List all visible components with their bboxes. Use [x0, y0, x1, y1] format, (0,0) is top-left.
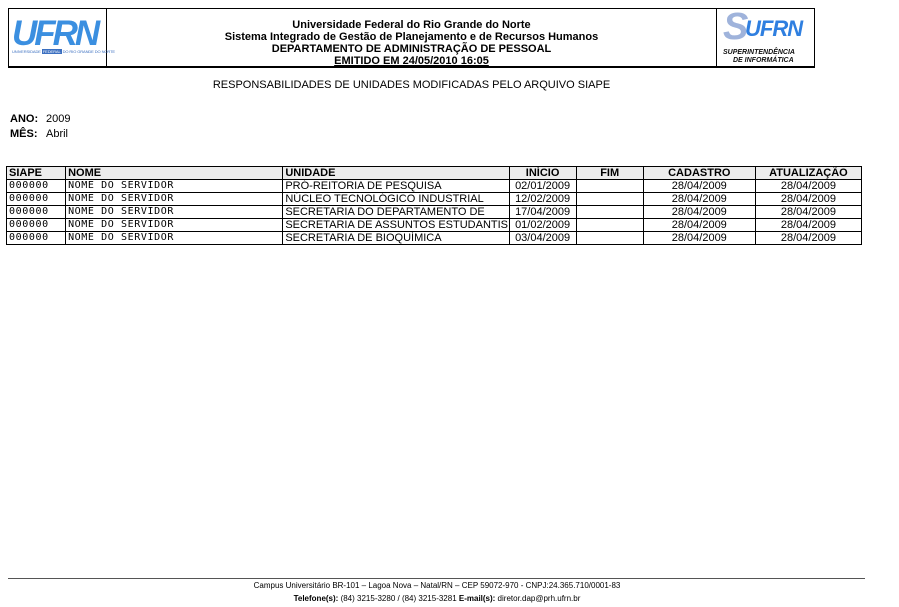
cell-fim	[576, 232, 643, 245]
email-value: diretor.dap@prh.ufrn.br	[495, 594, 580, 603]
month-value: Abril	[46, 128, 68, 140]
table-row: 000000NOME DO SERVIDORSECRETARIA DE BIOQ…	[7, 232, 862, 245]
cell-unidade: PRÓ-REITORIA DE PESQUISA	[283, 180, 509, 193]
cell-unidade: SECRETARIA DO DEPARTAMENTO DE	[283, 206, 509, 219]
department-name: DEPARTAMENTO DE ADMINISTRAÇÃO DE PESSOAL	[107, 43, 716, 55]
col-siape: SIAPE	[7, 167, 66, 180]
email-label: E-mail(s):	[459, 594, 495, 603]
cell-siape: 000000	[7, 219, 66, 232]
cell-fim	[576, 180, 643, 193]
emission-date: EMITIDO EM 24/05/2010 16:05	[107, 55, 716, 67]
cell-nome: NOME DO SERVIDOR	[66, 232, 283, 245]
sinfo-logo-cell: S UFRN SUPERINTENDÊNCIA DE INFORMÁTICA	[716, 9, 814, 66]
table-row: 000000NOME DO SERVIDORSECRETARIA DO DEPA…	[7, 206, 862, 219]
table-header-row: SIAPE NOME UNIDADE INÍCIO FIM CADASTRO A…	[7, 167, 862, 180]
cell-nome: NOME DO SERVIDOR	[66, 206, 283, 219]
ufrn-logo-text: UFRN	[12, 14, 97, 54]
col-inicio: INÍCIO	[509, 167, 576, 180]
sinfo-logo: S UFRN SUPERINTENDÊNCIA DE INFORMÁTICA	[723, 11, 809, 65]
cell-siape: 000000	[7, 193, 66, 206]
cell-nome: NOME DO SERVIDOR	[66, 193, 283, 206]
responsibilities-table: SIAPE NOME UNIDADE INÍCIO FIM CADASTRO A…	[6, 166, 862, 245]
sinfo-logo-ufrn: UFRN	[745, 17, 802, 41]
cell-fim	[576, 193, 643, 206]
cell-siape: 000000	[7, 232, 66, 245]
ufrn-subtitle-pre: UNIVERSIDADE	[12, 49, 41, 54]
month-label: MÊS:	[10, 128, 46, 140]
cell-nome: NOME DO SERVIDOR	[66, 180, 283, 193]
cell-siape: 000000	[7, 180, 66, 193]
table-row: 000000NOME DO SERVIDORPRÓ-REITORIA DE PE…	[7, 180, 862, 193]
col-cadastro: CADASTRO	[643, 167, 755, 180]
cell-inicio: 01/02/2009	[509, 219, 576, 232]
cell-atualizacao: 28/04/2009	[755, 180, 861, 193]
cell-cadastro: 28/04/2009	[643, 180, 755, 193]
cell-unidade: SECRETARIA DE BIOQUÍMICA	[283, 232, 509, 245]
filter-year: ANO:2009	[10, 113, 70, 125]
cell-atualizacao: 28/04/2009	[755, 232, 861, 245]
cell-fim	[576, 219, 643, 232]
col-unidade: UNIDADE	[283, 167, 509, 180]
col-fim: FIM	[576, 167, 643, 180]
ufrn-logo: UFRN UNIVERSIDADE FEDERAL DO RIO GRANDE …	[12, 17, 104, 57]
year-value: 2009	[46, 113, 70, 125]
col-nome: NOME	[66, 167, 283, 180]
cell-atualizacao: 28/04/2009	[755, 206, 861, 219]
cell-cadastro: 28/04/2009	[643, 206, 755, 219]
ufrn-logo-cell: UFRN UNIVERSIDADE FEDERAL DO RIO GRANDE …	[9, 9, 107, 66]
header-titles: Universidade Federal do Rio Grande do No…	[107, 9, 716, 66]
table-row: 000000NOME DO SERVIDORSECRETARIA DE ASSU…	[7, 219, 862, 232]
phone-value: (84) 3215-3280 / (84) 3215-3281	[338, 594, 459, 603]
cell-inicio: 02/01/2009	[509, 180, 576, 193]
system-name: Sistema Integrado de Gestão de Planejame…	[107, 31, 716, 43]
sinfo-logo-line2: DE INFORMÁTICA	[733, 57, 794, 64]
footer-divider	[8, 578, 865, 579]
university-name: Universidade Federal do Rio Grande do No…	[107, 19, 716, 31]
cell-unidade: SECRETARIA DE ASSUNTOS ESTUDANTIS	[283, 219, 509, 232]
cell-cadastro: 28/04/2009	[643, 193, 755, 206]
cell-cadastro: 28/04/2009	[643, 219, 755, 232]
report-title: RESPONSABILIDADES DE UNIDADES MODIFICADA…	[0, 79, 823, 91]
filter-month: MÊS:Abril	[10, 128, 68, 140]
cell-inicio: 03/04/2009	[509, 232, 576, 245]
ufrn-logo-subtitle: UNIVERSIDADE FEDERAL DO RIO GRANDE DO NO…	[12, 49, 104, 54]
cell-atualizacao: 28/04/2009	[755, 219, 861, 232]
ufrn-subtitle-band: FEDERAL	[42, 49, 62, 54]
cell-nome: NOME DO SERVIDOR	[66, 219, 283, 232]
col-atualizacao: ATUALIZAÇÃO	[755, 167, 861, 180]
cell-atualizacao: 28/04/2009	[755, 193, 861, 206]
table-row: 000000NOME DO SERVIDORNÚCLEO TECNOLÓGICO…	[7, 193, 862, 206]
phone-label: Telefone(s):	[294, 594, 339, 603]
cell-inicio: 12/02/2009	[509, 193, 576, 206]
footer-contact: Telefone(s): (84) 3215-3280 / (84) 3215-…	[0, 594, 874, 603]
footer-address: Campus Universitário BR-101 – Lagoa Nova…	[0, 581, 874, 590]
cell-unidade: NÚCLEO TECNOLÓGICO INDUSTRIAL	[283, 193, 509, 206]
cell-siape: 000000	[7, 206, 66, 219]
cell-fim	[576, 206, 643, 219]
cell-cadastro: 28/04/2009	[643, 232, 755, 245]
sinfo-logo-line1: SUPERINTENDÊNCIA	[723, 49, 795, 56]
year-label: ANO:	[10, 113, 46, 125]
cell-inicio: 17/04/2009	[509, 206, 576, 219]
report-header: UFRN UNIVERSIDADE FEDERAL DO RIO GRANDE …	[8, 8, 815, 68]
